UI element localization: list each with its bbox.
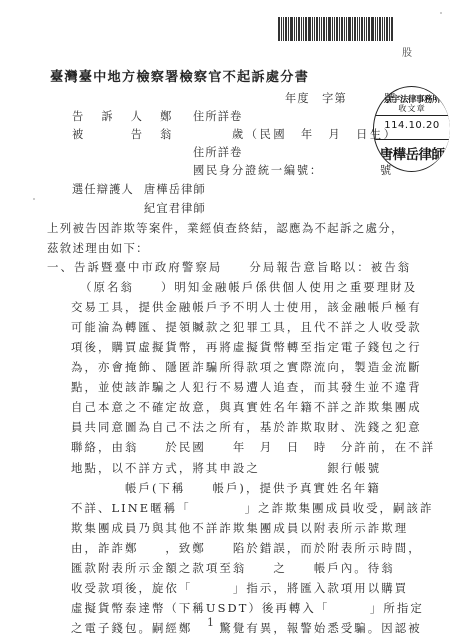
- barcode-bar: [285, 17, 287, 41]
- page-number: 1: [207, 616, 214, 629]
- barcode-bar: [316, 17, 318, 41]
- body-line: 收受款項後，旋依「 」指示，將匯入款項用以購買: [71, 580, 408, 596]
- defendant-birth: 歲（民國 年 月 日生）: [232, 126, 397, 142]
- defendant-id-label: 國民身分證統一編號：: [193, 162, 323, 178]
- body-line: 一、告訴暨臺中市政府警察局 分局報告意旨略以：被告翁: [47, 259, 411, 275]
- stamp-label: 收文章: [374, 103, 450, 114]
- barcode-bar: [326, 17, 327, 41]
- defense-lawyer-2: 紀宜君律師: [144, 200, 206, 216]
- barcode-bar: [328, 17, 331, 41]
- barcode-bar: [346, 17, 347, 41]
- barcode-bar: [375, 17, 376, 41]
- barcode-bar: [298, 17, 300, 41]
- barcode-bar: [391, 17, 393, 41]
- body-line: 帳戶(下稱 帳戶)，提供予真實姓名年籍: [71, 480, 381, 496]
- body-line: 為，亦會掩飾、隱匿詐騙所得款項之實際流向，製造金流斷: [71, 359, 422, 375]
- barcode-bar: [384, 17, 385, 41]
- body-line: 欺集團成員乃與其他不詳詐欺集團成員以附表所示詐欺理: [71, 520, 408, 536]
- barcode-bar: [281, 17, 282, 41]
- barcode-bar: [348, 17, 351, 41]
- barcode-bar: [305, 17, 307, 41]
- barcode-bar: [308, 17, 311, 41]
- barcode-bar: [344, 17, 345, 41]
- barcode-bar: [386, 17, 388, 41]
- barcode-bar: [352, 17, 353, 41]
- division-mark: 股: [402, 44, 412, 59]
- barcode-bar: [359, 17, 360, 41]
- body-line: 點，並使該詐騙之人犯行不易遭人追查，而其發生並不違背: [71, 379, 422, 395]
- barcode-bar: [379, 17, 381, 41]
- barcode-bar: [389, 17, 390, 41]
- barcode-bar: [303, 17, 304, 41]
- barcode-bar: [288, 17, 289, 41]
- barcode-bar: [278, 17, 280, 41]
- body-line: 項後，購買虛擬貨幣，再將虛擬貨幣轉至指定電子錢包之行: [71, 339, 422, 355]
- barcode-bar: [334, 17, 335, 41]
- defendant-role: 被 告 翁: [72, 126, 175, 142]
- body-line: 之電子錢包。嗣經鄭 驚覺有異，報警始悉受騙。因認被: [71, 620, 422, 636]
- body-line: 聯絡，由翁 於民國 年 月 日 時 分許前，在不詳: [71, 439, 435, 455]
- barcode-bar: [382, 17, 383, 41]
- defendant-id-suffix: 號: [380, 162, 392, 178]
- barcode-bar: [283, 17, 284, 41]
- body-line: 交易工具，提供金融帳戶予不明人士使用，該金融帳戶極有: [71, 299, 422, 315]
- barcode-bar: [296, 17, 297, 41]
- barcode-bar: [301, 17, 302, 41]
- barcode-bar: [290, 17, 293, 41]
- barcode-bar: [339, 17, 340, 41]
- barcode-bar: [336, 17, 338, 41]
- defense-lawyer-1: 唐樺岳律師: [144, 181, 206, 197]
- barcode-bar: [323, 17, 325, 41]
- barcode-bar: [332, 17, 333, 41]
- barcode-bar: [357, 17, 358, 41]
- barcode-bar: [377, 17, 378, 41]
- body-line: （原名翁 ）明知金融帳戶係供個人使用之重要理財及: [80, 279, 417, 295]
- defense-counsel-role: 選任辯護人: [72, 181, 134, 197]
- body-line: 虛擬貨幣泰達幣（下稱USDT）後再轉入「 」所指定: [71, 600, 424, 616]
- barcode-bar: [314, 17, 315, 41]
- body-line: 不詳、LINE暱稱「 」之詐欺集團成員收受，嗣該詐: [71, 500, 434, 516]
- defendant-address: 住所詳卷: [193, 144, 243, 160]
- barcode-bar: [341, 17, 343, 41]
- barcode-bar: [354, 17, 356, 41]
- complainant-address: 住所詳卷: [193, 108, 243, 124]
- body-line: 地點，以不詳方式，將其申設之 銀行帳號: [71, 460, 381, 476]
- barcode-bar: [361, 17, 363, 41]
- document-title: 臺灣臺中地方檢察署檢察官不起訴處分書: [50, 66, 309, 85]
- complainant-role: 告 訴 人 鄭: [72, 108, 175, 124]
- body-line: 匯款附表所示金額之款項至翁 之 帳戶內。待翁: [71, 560, 395, 576]
- barcode-bar: [319, 17, 320, 41]
- barcode-bar: [371, 17, 374, 41]
- intro-line-1: 上列被告因詐欺等案件，業經偵查終結，認應為不起訴之處分，: [47, 220, 404, 236]
- barcode: [278, 17, 416, 41]
- intro-line-2: 茲敘述理由如下：: [47, 240, 149, 256]
- barcode-bar: [321, 17, 322, 41]
- barcode-bar: [368, 17, 370, 41]
- barcode-bar: [366, 17, 367, 41]
- barcode-bar: [364, 17, 365, 41]
- barcode-bar: [294, 17, 295, 41]
- barcode-bar: [312, 17, 313, 41]
- body-line: 員共同意圖為自己不法之所有，基於詐欺取財、洗錢之犯意: [71, 419, 422, 435]
- stamp-lawyer: 唐樺岳律師: [374, 143, 450, 163]
- body-line: 自己本意之不確定故意，與真實姓名年籍不詳之詐欺集團成: [71, 399, 422, 415]
- body-line: 由，詐詐鄭 ，致鄭 陷於錯誤，而於附表所示時間，: [71, 540, 422, 556]
- body-line: 可能淪為轉匯、提領贓款之犯罪工具，且代不詳之人收受款: [71, 319, 422, 335]
